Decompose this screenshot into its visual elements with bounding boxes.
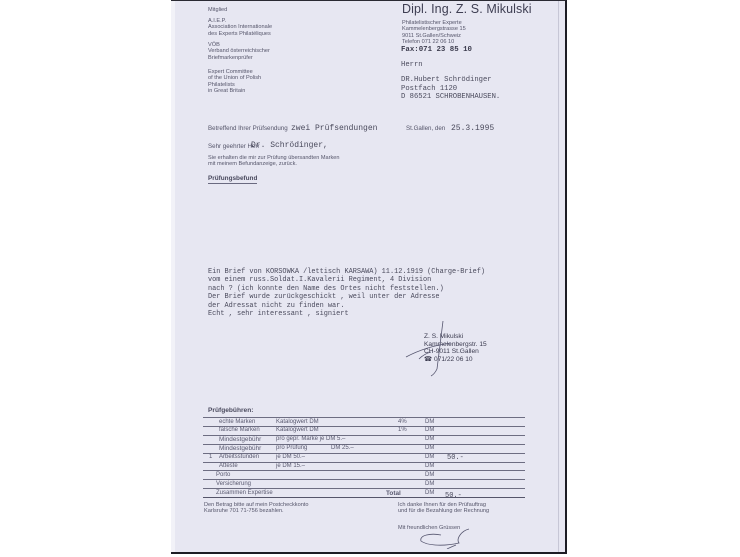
expert-street: Kammelenbergstrasse 15	[402, 26, 466, 32]
fee-label: Zusammen Expertise	[216, 490, 273, 496]
recipient-city: D 86521 SCHROBENHAUSEN.	[401, 93, 500, 102]
fee-label: falsche Marken	[219, 427, 260, 433]
fee-extra: DM 25.–	[331, 445, 354, 451]
payment-line: Karlsruhe 701 71-756 bezahlen.	[204, 508, 308, 514]
fee-label: Porto	[216, 472, 230, 478]
thanks-text: Ich danke Ihnen für den Prüfauftrag und …	[398, 502, 489, 515]
findings-heading: Prüfungsbefund	[208, 175, 257, 184]
table-rule	[203, 470, 525, 471]
expert-address: Philatelistischer Experte Kammelenbergst…	[402, 20, 466, 45]
assoc-aiep: A.I.E.P. Association Internationale des …	[208, 18, 272, 37]
findings-line: der Adressat nicht zu finden war.	[208, 302, 485, 310]
findings-line: Echt , sehr interessant , signiert	[208, 310, 485, 318]
assoc-line: of the Union of Polish	[208, 75, 261, 81]
recipient-po-box: Postfach 1120	[401, 85, 500, 94]
closing-signature	[411, 525, 491, 549]
findings-line: Ein Brief von KORSOWKA /lettisch KARSAWA…	[208, 268, 485, 276]
member-label: Mitglied	[208, 7, 227, 13]
fee-label: Arbeitsstunden	[219, 454, 259, 460]
findings-text: Ein Brief von KORSOWKA /lettisch KARSAWA…	[208, 268, 485, 318]
table-rule	[203, 497, 525, 498]
fee-detail: je DM 15.–	[276, 463, 305, 469]
fee-percent: 4%	[398, 419, 407, 425]
scanned-letter-page: Mitglied A.I.E.P. Association Internatio…	[171, 0, 567, 554]
assoc-line: in Great Britain	[208, 88, 261, 94]
fee-label: echte Marken	[219, 419, 255, 425]
findings-line: Der Brief wurde zurückgeschickt , weil u…	[208, 293, 485, 301]
findings-line: nach ? (ich konnte den Name des Ortes ni…	[208, 285, 485, 293]
expert-phone: Telefon 071 22 06 10	[402, 39, 466, 45]
table-rule	[203, 479, 525, 480]
greeting-name: Dr. Schrödinger,	[251, 141, 328, 150]
assoc-line: Verband österreichischer	[208, 48, 270, 54]
reference-value: zwei Prüfsendungen	[291, 124, 377, 133]
findings-line: vom einem russ.Soldat.I.Kavalerii Regime…	[208, 276, 485, 284]
recipient-salutation: Herrn	[401, 61, 423, 69]
assoc-voeb: VÖB Verband österreichischer Briefmarken…	[208, 42, 270, 61]
fee-currency: DM	[425, 427, 434, 433]
intro-line: mit meinem Befundanzeige, zurück.	[208, 161, 340, 167]
fee-currency: DM	[425, 445, 434, 451]
fee-currency: DM	[425, 463, 434, 469]
fees-heading: Prüfgebühren:	[208, 407, 253, 414]
fee-label: Versicherung	[216, 481, 251, 487]
fee-amount: 50.-	[445, 492, 462, 500]
fee-detail: je DM 50.–	[276, 454, 305, 460]
recipient-name: DR.Hubert Schrödinger	[401, 76, 500, 85]
fee-percent: Total	[386, 490, 401, 497]
recipient-address: DR.Hubert Schrödinger Postfach 1120 D 86…	[401, 76, 500, 102]
assoc-line: Briefmarkenprüfer	[208, 55, 270, 61]
thanks-line: und für die Bezahlung der Rechnung	[398, 508, 489, 514]
fee-currency: DM	[425, 472, 434, 478]
fee-detail: Katalogwert DM	[276, 419, 319, 425]
fee-currency: DM	[425, 419, 434, 425]
fee-currency: DM	[425, 481, 434, 487]
handwritten-signature	[401, 319, 491, 379]
assoc-polish: Expert Committee of the Union of Polish …	[208, 69, 261, 94]
fee-detail: Katalogwert DM	[276, 427, 319, 433]
fee-extra: 5.–	[337, 436, 345, 442]
reference-label: Betreffend Ihrer Prüfsendung	[208, 125, 288, 132]
place-label: St.Gallen, den	[406, 125, 445, 132]
expert-name: Dipl. Ing. Z. S. Mikulski	[402, 2, 532, 16]
fee-label: Mindestgebühr	[219, 436, 261, 443]
table-rule	[203, 462, 525, 463]
assoc-line: Association Internationale	[208, 24, 272, 30]
expert-fax: Fax:071 23 85 10	[401, 46, 472, 54]
letter-date: 25.3.1995	[451, 124, 494, 133]
fee-currency: DM	[425, 490, 434, 496]
fee-label: Atteste	[219, 463, 238, 469]
fee-currency: DM	[425, 436, 434, 442]
intro-text: Sie erhalten die mir zur Prüfung übersan…	[208, 155, 340, 168]
payment-instructions: Den Betrag bitte auf mein Postcheckkonto…	[204, 502, 308, 515]
assoc-line: des Experts Philatéliques	[208, 31, 272, 37]
fee-currency: DM	[425, 454, 434, 460]
fee-label: Mindestgebühr	[219, 445, 261, 452]
expert-city: 9011 St.Gallen/Schweiz	[402, 33, 466, 39]
fee-detail: pro gepr. Marke je DM	[276, 436, 335, 442]
fee-detail: pro Prüfung	[276, 445, 307, 451]
fee-percent: 1%	[398, 427, 407, 433]
fee-count: 1	[209, 454, 212, 460]
